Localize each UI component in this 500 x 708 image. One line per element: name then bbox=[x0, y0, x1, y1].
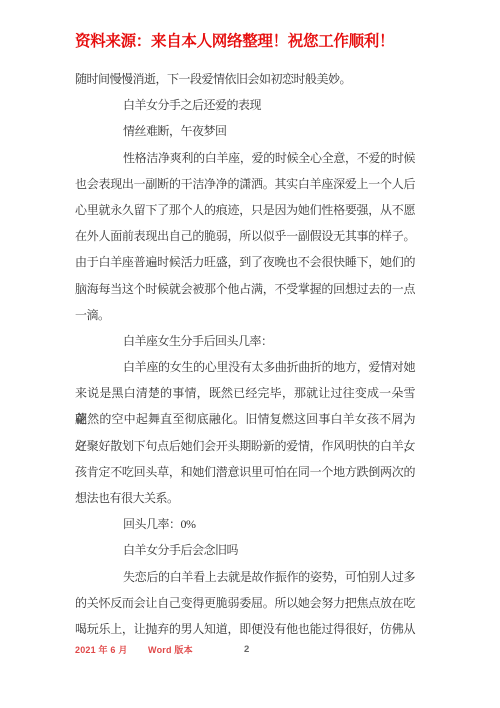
footer-date: 2021 年 6 月 bbox=[75, 645, 128, 655]
text-line: 脑海每当这个时候就会被那个他占满，不受掌握的回想过去的一点 bbox=[75, 276, 415, 302]
text-line: 的关怀反而会让自己变得更脆弱委屈。所以她会努力把焦点放在吃 bbox=[75, 590, 415, 616]
text-line: 性格洁净爽利的白羊座，爱的时候全心全意，不爱的时候 bbox=[75, 145, 415, 171]
text-line: 在外人面前表现出自己的脆弱，所以似乎一副假设无其事的样子。 bbox=[75, 223, 415, 249]
page-number: 2 bbox=[244, 644, 249, 656]
text-line: 想法也有很大关系。 bbox=[75, 485, 415, 511]
text-line: 一滴。 bbox=[75, 302, 415, 328]
text-line: 好聚好散划下句点后她们会开头期盼新的爱情，作风明快的白羊女 bbox=[75, 433, 415, 459]
text-line: 白羊女分手后会念旧吗 bbox=[75, 537, 415, 563]
text-line: 随时间慢慢消逝，下一段爱情依旧会如初恋时般美妙。 bbox=[75, 66, 415, 92]
text-line: 由于白羊座普遍时候活力旺盛，到了夜晚也不会很快睡下，她们的 bbox=[75, 249, 415, 275]
text-line: 喝玩乐上，让抛弃的男人知道，即便没有他也能过得很好，仿佛从 bbox=[75, 616, 415, 642]
text-line: 白羊女分手之后还爱的表现 bbox=[75, 92, 415, 118]
text-line: 失恋后的白羊看上去就是故作振作的姿势，可怕别人过多 bbox=[75, 564, 415, 590]
footer-version: Word 版本 bbox=[148, 645, 193, 655]
page-footer: 2021 年 6 月 Word 版本 2 bbox=[75, 644, 425, 658]
document-body: 随时间慢慢消逝，下一段爱情依旧会如初恋时般美妙。白羊女分手之后还爱的表现情丝难断… bbox=[75, 66, 415, 642]
text-line: 也会表现出一副断的干洁净净的潇洒。其实白羊座深爱上一个人后 bbox=[75, 171, 415, 197]
document-page: 资料来源：来自本人网络整理！祝您工作顺利！ 随时间慢慢消逝，下一段爱情依旧会如初… bbox=[0, 0, 500, 708]
text-line: 回头几率：0% bbox=[75, 511, 415, 537]
text-line: 心里就永久留下了那个人的痕迹，只是因为她们性格要强，从不愿 bbox=[75, 197, 415, 223]
source-notice: 资料来源：来自本人网络整理！祝您工作顺利！ bbox=[75, 31, 435, 53]
text-line: 来说是黑白清楚的事情，既然已经完毕，那就让过往变成一朵雪花， bbox=[75, 380, 415, 406]
text-line: 孩肯定不吃回头草，和她们潜意识里可怕在同一个地方跌倒两次的 bbox=[75, 459, 415, 485]
text-line: 翩然的空中起舞直至彻底融化。旧情复燃这回事白羊女孩不屑为之， bbox=[75, 406, 415, 432]
text-line: 情丝难断，午夜梦回 bbox=[75, 118, 415, 144]
text-line: 白羊座女生分手后回头几率： bbox=[75, 328, 415, 354]
text-line: 白羊座的女生的心里没有太多曲折曲折的地方，爱情对她 bbox=[75, 354, 415, 380]
